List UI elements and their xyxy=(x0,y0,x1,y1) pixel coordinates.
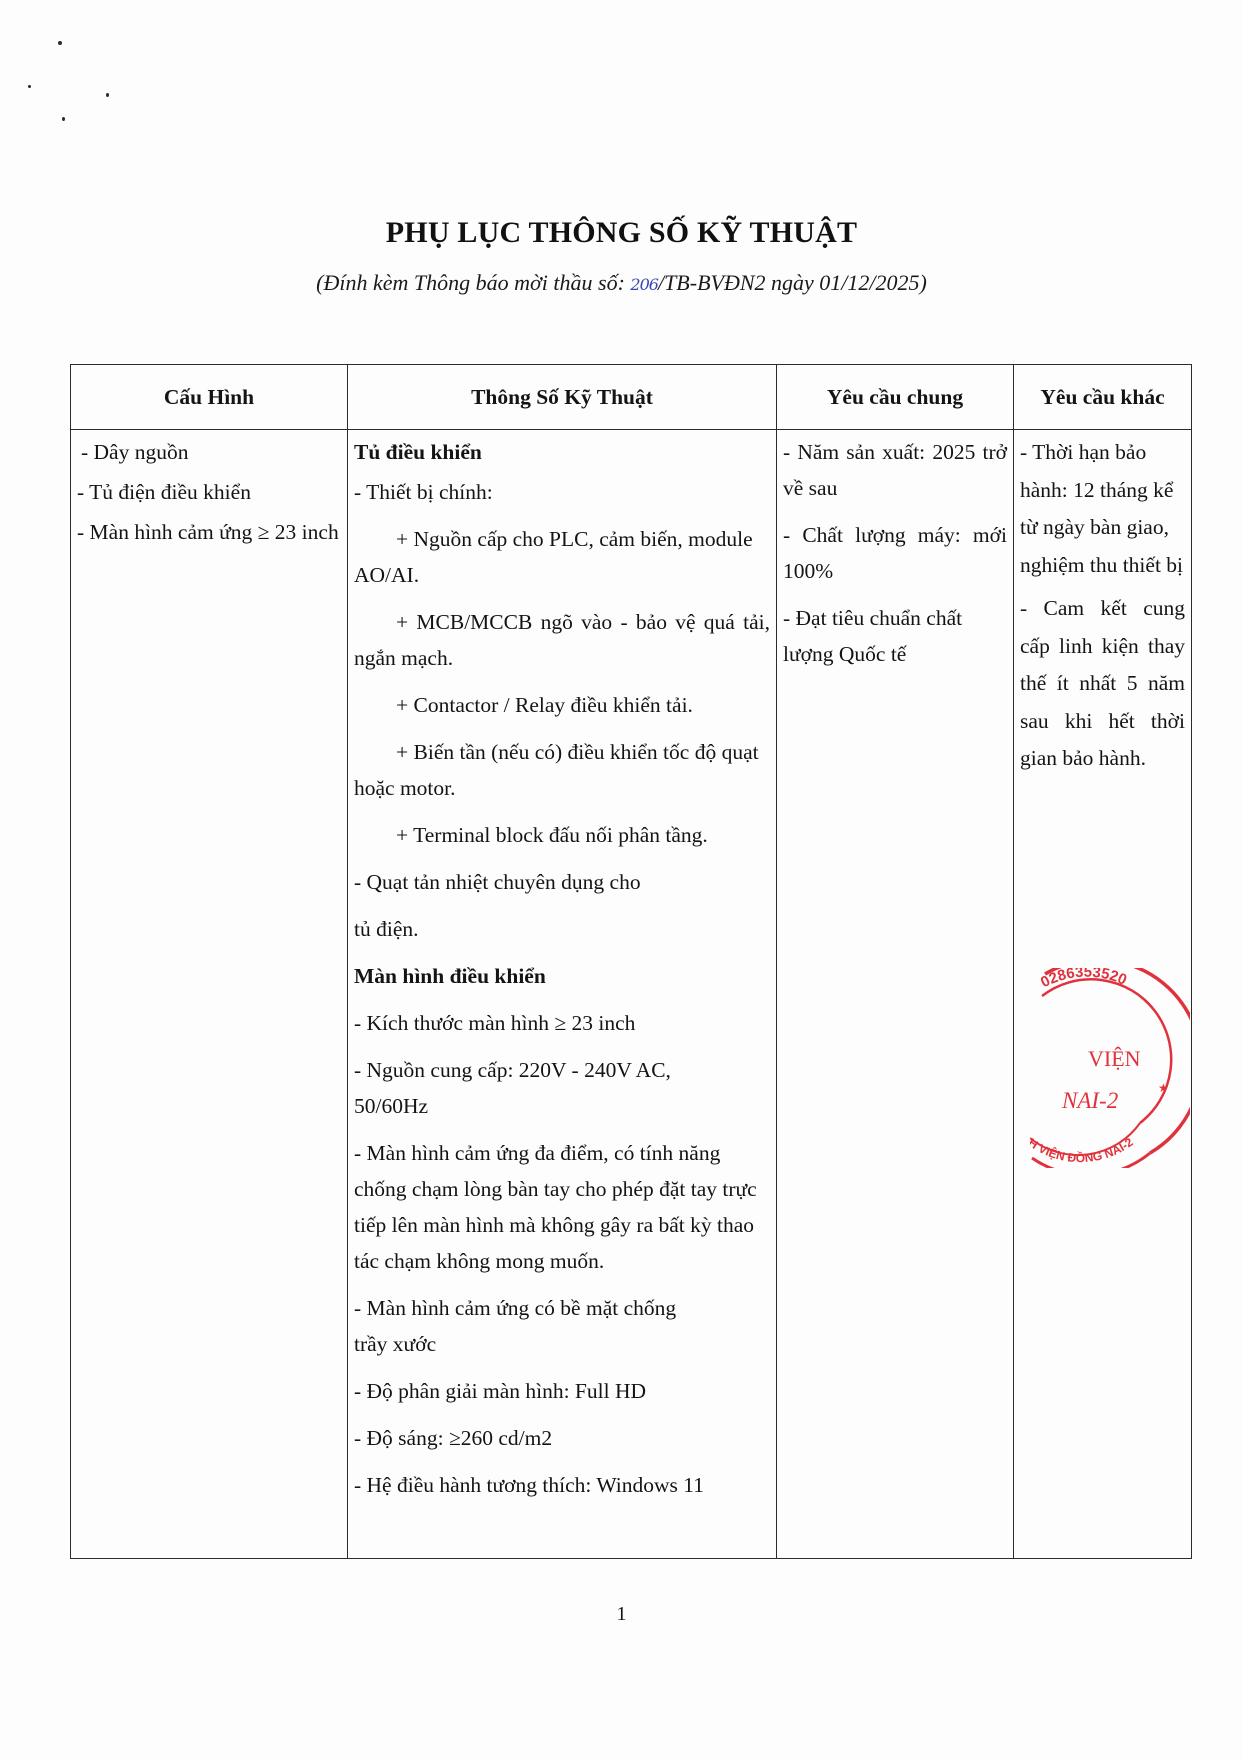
spec-section-title: Tủ điều khiển xyxy=(354,434,770,470)
spec-item: - Thiết bị chính: xyxy=(354,474,770,510)
svg-text:H VIỆN ĐỒNG NAI-2: H VIỆN ĐỒNG NAI-2 xyxy=(1030,1135,1136,1165)
stamp-ring-top: 0286353520 xyxy=(1038,968,1129,991)
table-row: - Dây nguồn - Tủ điện điều khiển - Màn h… xyxy=(71,430,1192,1559)
general-requirement: - Đạt tiêu chuẩn chất lượng Quốc tế xyxy=(783,600,1007,672)
spec-item: + Contactor / Relay điều khiển tải. xyxy=(354,687,770,723)
other-requirement: - Thời hạn bảo hành: 12 tháng kể từ ngày… xyxy=(1020,434,1185,584)
red-seal-stamp: 0286353520 H VIỆN ĐỒNG NAI-2 VIỆN NAI-2 … xyxy=(1030,968,1190,1168)
specs-cell: Tủ điều khiển - Thiết bị chính: + Nguồn … xyxy=(348,430,777,1559)
spec-item: tủ điện. xyxy=(354,911,770,947)
document-title: PHỤ LỤC THÔNG SỐ KỸ THUẬT xyxy=(0,216,1243,250)
svg-text:0286353520: 0286353520 xyxy=(1038,968,1129,991)
configuration-cell: - Dây nguồn - Tủ điện điều khiển - Màn h… xyxy=(71,430,348,1559)
general-requirement: - Chất lượng máy: mới 100% xyxy=(783,517,1007,589)
other-requirement: - Cam kết cung cấp linh kiện thay thế ít… xyxy=(1020,590,1185,778)
config-item: - Tủ điện điều khiển xyxy=(77,474,341,510)
spec-item: - Quạt tản nhiệt chuyên dụng cho xyxy=(354,864,770,900)
spec-item: - Hệ điều hành tương thích: Windows 11 xyxy=(354,1467,770,1503)
spec-item: - Màn hình cảm ứng đa điểm, có tính năng… xyxy=(354,1135,770,1279)
config-item: - Dây nguồn xyxy=(77,434,341,470)
scan-speck xyxy=(28,85,31,88)
stamp-center-line2: NAI-2 xyxy=(1061,1088,1118,1113)
spec-item: + Terminal block đấu nối phân tầng. xyxy=(354,817,770,853)
stamp-star-icon: ★ xyxy=(1158,1081,1169,1095)
config-item: - Màn hình cảm ứng ≥ 23 inch xyxy=(77,514,341,550)
spec-section-title: Màn hình điều khiển xyxy=(354,958,770,994)
header-configuration: Cấu Hình xyxy=(71,365,348,430)
spec-table: Cấu Hình Thông Số Kỹ Thuật Yêu cầu chung… xyxy=(70,364,1192,1559)
header-specs: Thông Số Kỹ Thuật xyxy=(348,365,777,430)
page-number: 1 xyxy=(0,1603,1243,1626)
subtitle-suffix: /TB-BVĐN2 ngày 01/12/2025) xyxy=(658,270,927,295)
document-subtitle: (Đính kèm Thông báo mời thầu số: 206/TB-… xyxy=(0,270,1243,296)
header-general-requirements: Yêu cầu chung xyxy=(777,365,1014,430)
table-header-row: Cấu Hình Thông Số Kỹ Thuật Yêu cầu chung… xyxy=(71,365,1192,430)
spec-item: - Nguồn cung cấp: 220V - 240V AC, 50/60H… xyxy=(354,1052,770,1124)
general-requirement: - Năm sản xuất: 2025 trở về sau xyxy=(783,434,1007,506)
scan-speck xyxy=(62,117,65,121)
spec-item: + Biến tần (nếu có) điều khiển tốc độ qu… xyxy=(354,734,770,806)
stamp-ring-bottom: H VIỆN ĐỒNG NAI-2 xyxy=(1030,1135,1136,1165)
spec-item: + Nguồn cấp cho PLC, cảm biến, module AO… xyxy=(354,521,770,593)
spec-item: + MCB/MCCB ngõ vào - bảo vệ quá tải, ngắ… xyxy=(354,604,770,676)
spec-item: - Màn hình cảm ứng có bề mặt chống trầy … xyxy=(354,1290,770,1362)
scan-speck xyxy=(58,41,62,45)
spec-item: - Độ phân giải màn hình: Full HD xyxy=(354,1373,770,1409)
spec-item: - Kích thước màn hình ≥ 23 inch xyxy=(354,1005,770,1041)
general-requirements-cell: - Năm sản xuất: 2025 trở về sau - Chất l… xyxy=(777,430,1014,1559)
handwritten-number: 206 xyxy=(630,275,658,294)
stamp-center-line1: VIỆN xyxy=(1088,1046,1141,1071)
header-other-requirements: Yêu cầu khác xyxy=(1014,365,1192,430)
subtitle-prefix: (Đính kèm Thông báo mời thầu số: xyxy=(316,270,630,295)
spec-item: - Độ sáng: ≥260 cd/m2 xyxy=(354,1420,770,1456)
scan-speck xyxy=(106,93,109,97)
